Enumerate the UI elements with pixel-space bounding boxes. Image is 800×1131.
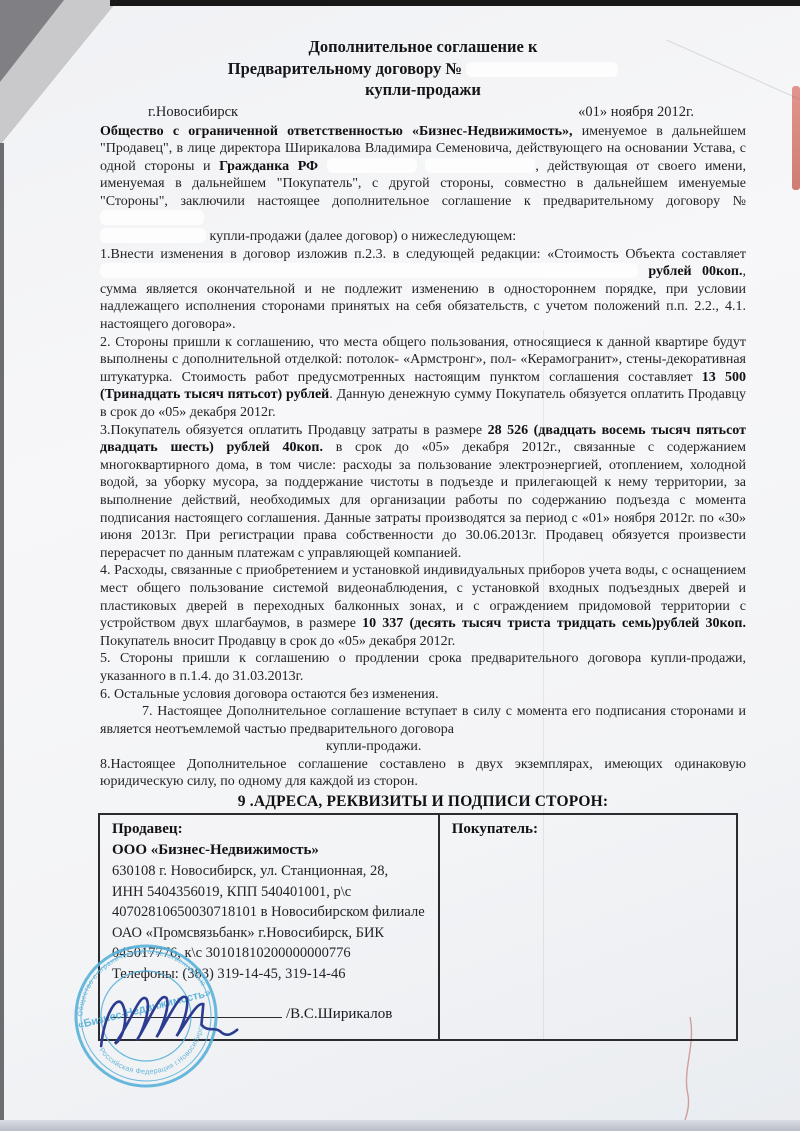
preamble: Общество с ограниченной ответственностью… [100, 123, 746, 229]
redaction-object-price [100, 263, 638, 278]
redaction-buyer-name-2 [425, 158, 535, 173]
buyer-cell: Покупатель: [439, 814, 737, 1040]
clause-6: 6. Остальные условия договора остаются б… [100, 686, 746, 704]
redaction-contract-number [466, 62, 618, 77]
redaction-left-margin [100, 228, 206, 243]
seller-company: ООО «Бизнес-Недвижимость» [112, 840, 428, 861]
date: «01» ноября 2012г. [578, 104, 694, 121]
scan-artifact-pink-mark [792, 86, 800, 190]
document-title: Дополнительное соглашение к Предваритель… [100, 36, 746, 101]
city: г.Новосибирск [148, 104, 238, 121]
buyer-citizenship: Гражданка РФ [219, 159, 318, 174]
clause-8: 8.Настоящее Дополнительное соглашение со… [100, 756, 746, 791]
seller-account: 40702810650030718101 в Новосибирском фил… [112, 902, 428, 923]
title-line-2: Предварительному договору № [100, 58, 746, 80]
section-9-heading: 9 .АДРЕСА, РЕКВИЗИТЫ И ПОДПИСИ СТОРОН: [100, 793, 746, 811]
redaction-buyer-name-1 [327, 158, 417, 173]
clause-1: 1.Внести изменения в договор изложив п.2… [100, 246, 746, 334]
clause-2: 2. Стороны пришли к соглашению, что мест… [100, 334, 746, 422]
scan-artifact-top-edge [110, 0, 800, 6]
clause-3: 3.Покупатель обязуется оплатить Продавцу… [100, 422, 746, 563]
scan-artifact-bottom-edge [0, 1120, 800, 1131]
preamble-last-line: купли-продажи (далее договор) о нижеслед… [100, 228, 746, 246]
clause-4: 4. Расходы, связанные с приобретением и … [100, 562, 746, 650]
clause-4-text-2: Покупатель вносит Продавцу в срок до «05… [100, 634, 455, 649]
title-line-3: купли-продажи [100, 79, 746, 101]
redaction-contract-number-2 [100, 210, 204, 225]
title-line-2-text: Предварительному договору № [228, 59, 462, 78]
clause-5: 5. Стороны пришли к соглашению о продлен… [100, 650, 746, 685]
scanned-document: Дополнительное соглашение к Предваритель… [0, 0, 800, 1131]
document-body: Дополнительное соглашение к Предваритель… [100, 36, 746, 1041]
clause-1-amount: рублей 00коп. [648, 264, 742, 279]
title-line-1: Дополнительное соглашение к [100, 36, 746, 58]
clause-1-text-1: 1.Внести изменения в договор изложив п.2… [100, 247, 746, 262]
city-date-row: г.Новосибирск «01» ноября 2012г. [100, 101, 746, 123]
clause-3-text-2: в срок до «05» декабря 2012г., связанные… [100, 440, 746, 561]
seller-address-line: 630108 г. Новосибирск, ул. Станционная, … [112, 861, 428, 882]
seller-inn-kpp: ИНН 5404356019, КПП 540401001, р\с [112, 882, 428, 903]
scan-artifact-left-edge [0, 143, 4, 1125]
clause-7-tail: купли-продажи. [326, 738, 746, 756]
seller-label: Продавец: [112, 819, 428, 840]
clause-7: 7. Настоящее Дополнительное соглашение в… [100, 703, 746, 738]
clause-2-text-1: 2. Стороны пришли к соглашению, что мест… [100, 335, 746, 385]
buyer-label: Покупатель: [452, 819, 726, 840]
clause-4-amount: 10 337 (десять тысяч триста тридцать сем… [362, 616, 746, 631]
clause-3-text-1: 3.Покупатель обязуется оплатить Продавцу… [100, 423, 488, 438]
seller-company-name: Общество с ограниченной ответственностью… [100, 124, 573, 139]
preamble-text-3: купли-продажи (далее договор) о нижеслед… [210, 229, 517, 244]
